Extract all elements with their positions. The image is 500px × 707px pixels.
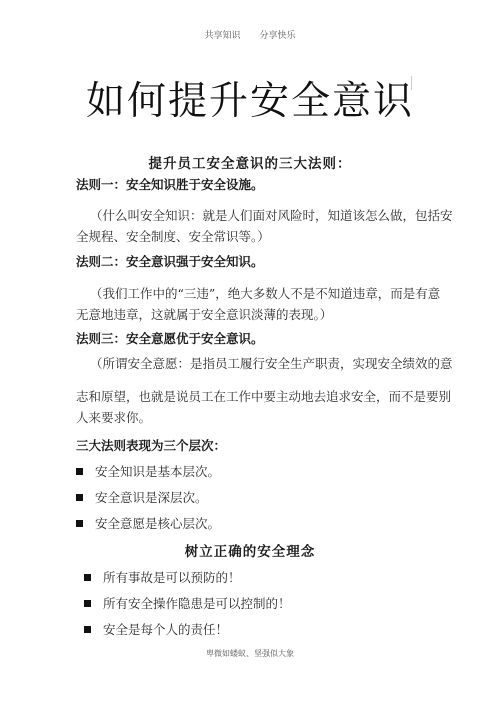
philosophy-item-text: 所有安全操作隐患是可以控制的！: [103, 596, 291, 611]
bullet-square-icon: [76, 520, 83, 527]
philosophy-item: 安全是每个人的责任！: [84, 620, 228, 638]
law-3-line-1: （所谓安全意愿：是指员工履行安全生产职责，实现安全绩效的意: [76, 353, 453, 374]
law-2-heading: 法则二：安全意识强于安全知识。: [76, 252, 264, 270]
header-left-text: 共享知识: [205, 31, 241, 41]
law-1-heading: 法则一：安全知识胜于安全设施。: [76, 175, 264, 193]
bullet-square-icon: [84, 574, 91, 581]
philosophy-heading: 树立正确的安全理念: [0, 540, 500, 560]
law-1-line-2: 全规程、安全制度、安全常识等。）: [76, 226, 453, 247]
header-right-text: 分享快乐: [259, 31, 295, 41]
level-item-text: 安全意识是深层次。: [95, 490, 208, 505]
philosophy-item-text: 安全是每个人的责任！: [103, 622, 228, 637]
law-3-heading: 法则三：安全意愿优于安全意识。: [76, 329, 264, 347]
level-item-text: 安全意愿是核心层次。: [95, 516, 220, 531]
page-header: 共享知识 分享快乐: [0, 28, 500, 41]
bullet-square-icon: [76, 468, 83, 475]
document-title: 如何提升安全意识: [0, 70, 500, 126]
law-1-line-1: （什么叫安全知识：就是人们面对风险时，知道该怎么做，包括安: [76, 205, 453, 226]
law-3-line-3: 人来要求你。: [76, 407, 453, 428]
law-1-explanation: （什么叫安全知识：就是人们面对风险时，知道该怎么做，包括安 全规程、安全制度、安…: [76, 205, 453, 247]
page-footer: 卑微如蝼蚁、坚强似大象: [0, 648, 500, 659]
level-item-text: 安全知识是基本层次。: [95, 464, 220, 479]
level-item: 安全意识是深层次。: [76, 488, 208, 506]
margin-mark: [411, 76, 412, 90]
levels-heading: 三大法则表现为三个层次：: [76, 436, 226, 454]
section-subtitle: 提升员工安全意识的三大法则：: [0, 152, 500, 172]
level-item: 安全意愿是核心层次。: [76, 514, 220, 532]
bullet-square-icon: [76, 494, 83, 501]
bullet-square-icon: [84, 600, 91, 607]
level-item: 安全知识是基本层次。: [76, 462, 220, 480]
law-2-line-2: 无意地违章，这就属于安全意识淡薄的表现。）: [76, 304, 440, 325]
philosophy-item-text: 所有事故是可以预防的！: [103, 570, 241, 585]
philosophy-item: 所有事故是可以预防的！: [84, 568, 241, 586]
law-3-explanation: （所谓安全意愿：是指员工履行安全生产职责，实现安全绩效的意 志和原望，也就是说员…: [76, 353, 453, 428]
philosophy-item: 所有安全操作隐患是可以控制的！: [84, 594, 291, 612]
law-2-explanation: （我们工作中的“三违”，绝大多数人不是不知道违章，而是有意 无意地违章，这就属于…: [76, 283, 440, 325]
law-2-line-1: （我们工作中的“三违”，绝大多数人不是不知道违章，而是有意: [76, 283, 440, 304]
law-3-line-2: 志和原望，也就是说员工在工作中要主动地去追求安全，而不是要别: [76, 386, 453, 407]
bullet-square-icon: [84, 626, 91, 633]
